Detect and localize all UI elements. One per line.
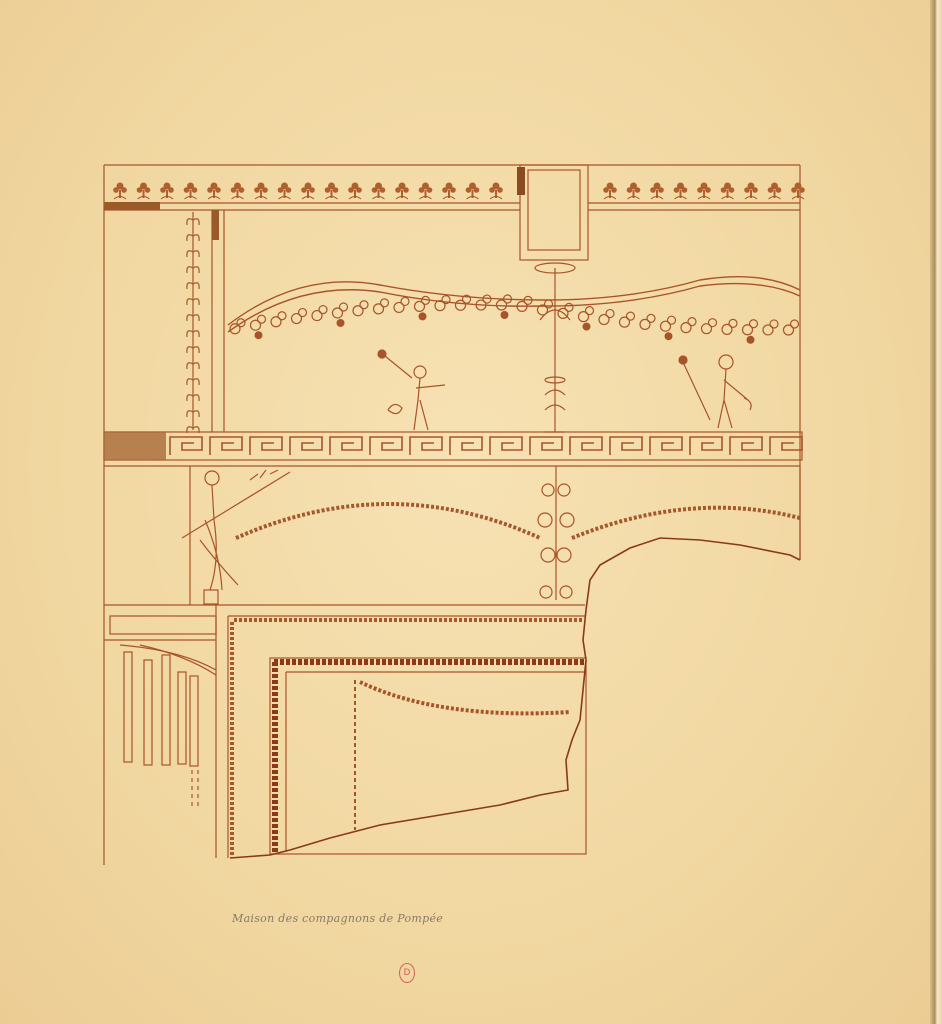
palmette-frieze: [104, 202, 160, 210]
lower-frames: [104, 605, 586, 858]
greek-key: [170, 437, 802, 455]
satyr-figure: [378, 350, 445, 430]
foliate-column: [187, 212, 199, 433]
laurel-garland: [236, 504, 800, 538]
damage-outline: [230, 538, 800, 858]
handwritten-caption: Maison des compagnons de Pompée: [232, 912, 443, 925]
palmette-row: [113, 183, 805, 200]
vine-leaves: [230, 295, 799, 344]
ornament-drawing: [0, 0, 942, 1024]
candelabrum: [535, 263, 575, 432]
scroll-candelabrum: [538, 466, 574, 600]
frame-lines: [104, 165, 800, 865]
colonnade: [120, 645, 216, 808]
collection-stamp: D: [399, 963, 415, 983]
cupid-figure: [679, 355, 751, 428]
middle-register: [104, 466, 800, 605]
vine-garland: [228, 277, 800, 332]
